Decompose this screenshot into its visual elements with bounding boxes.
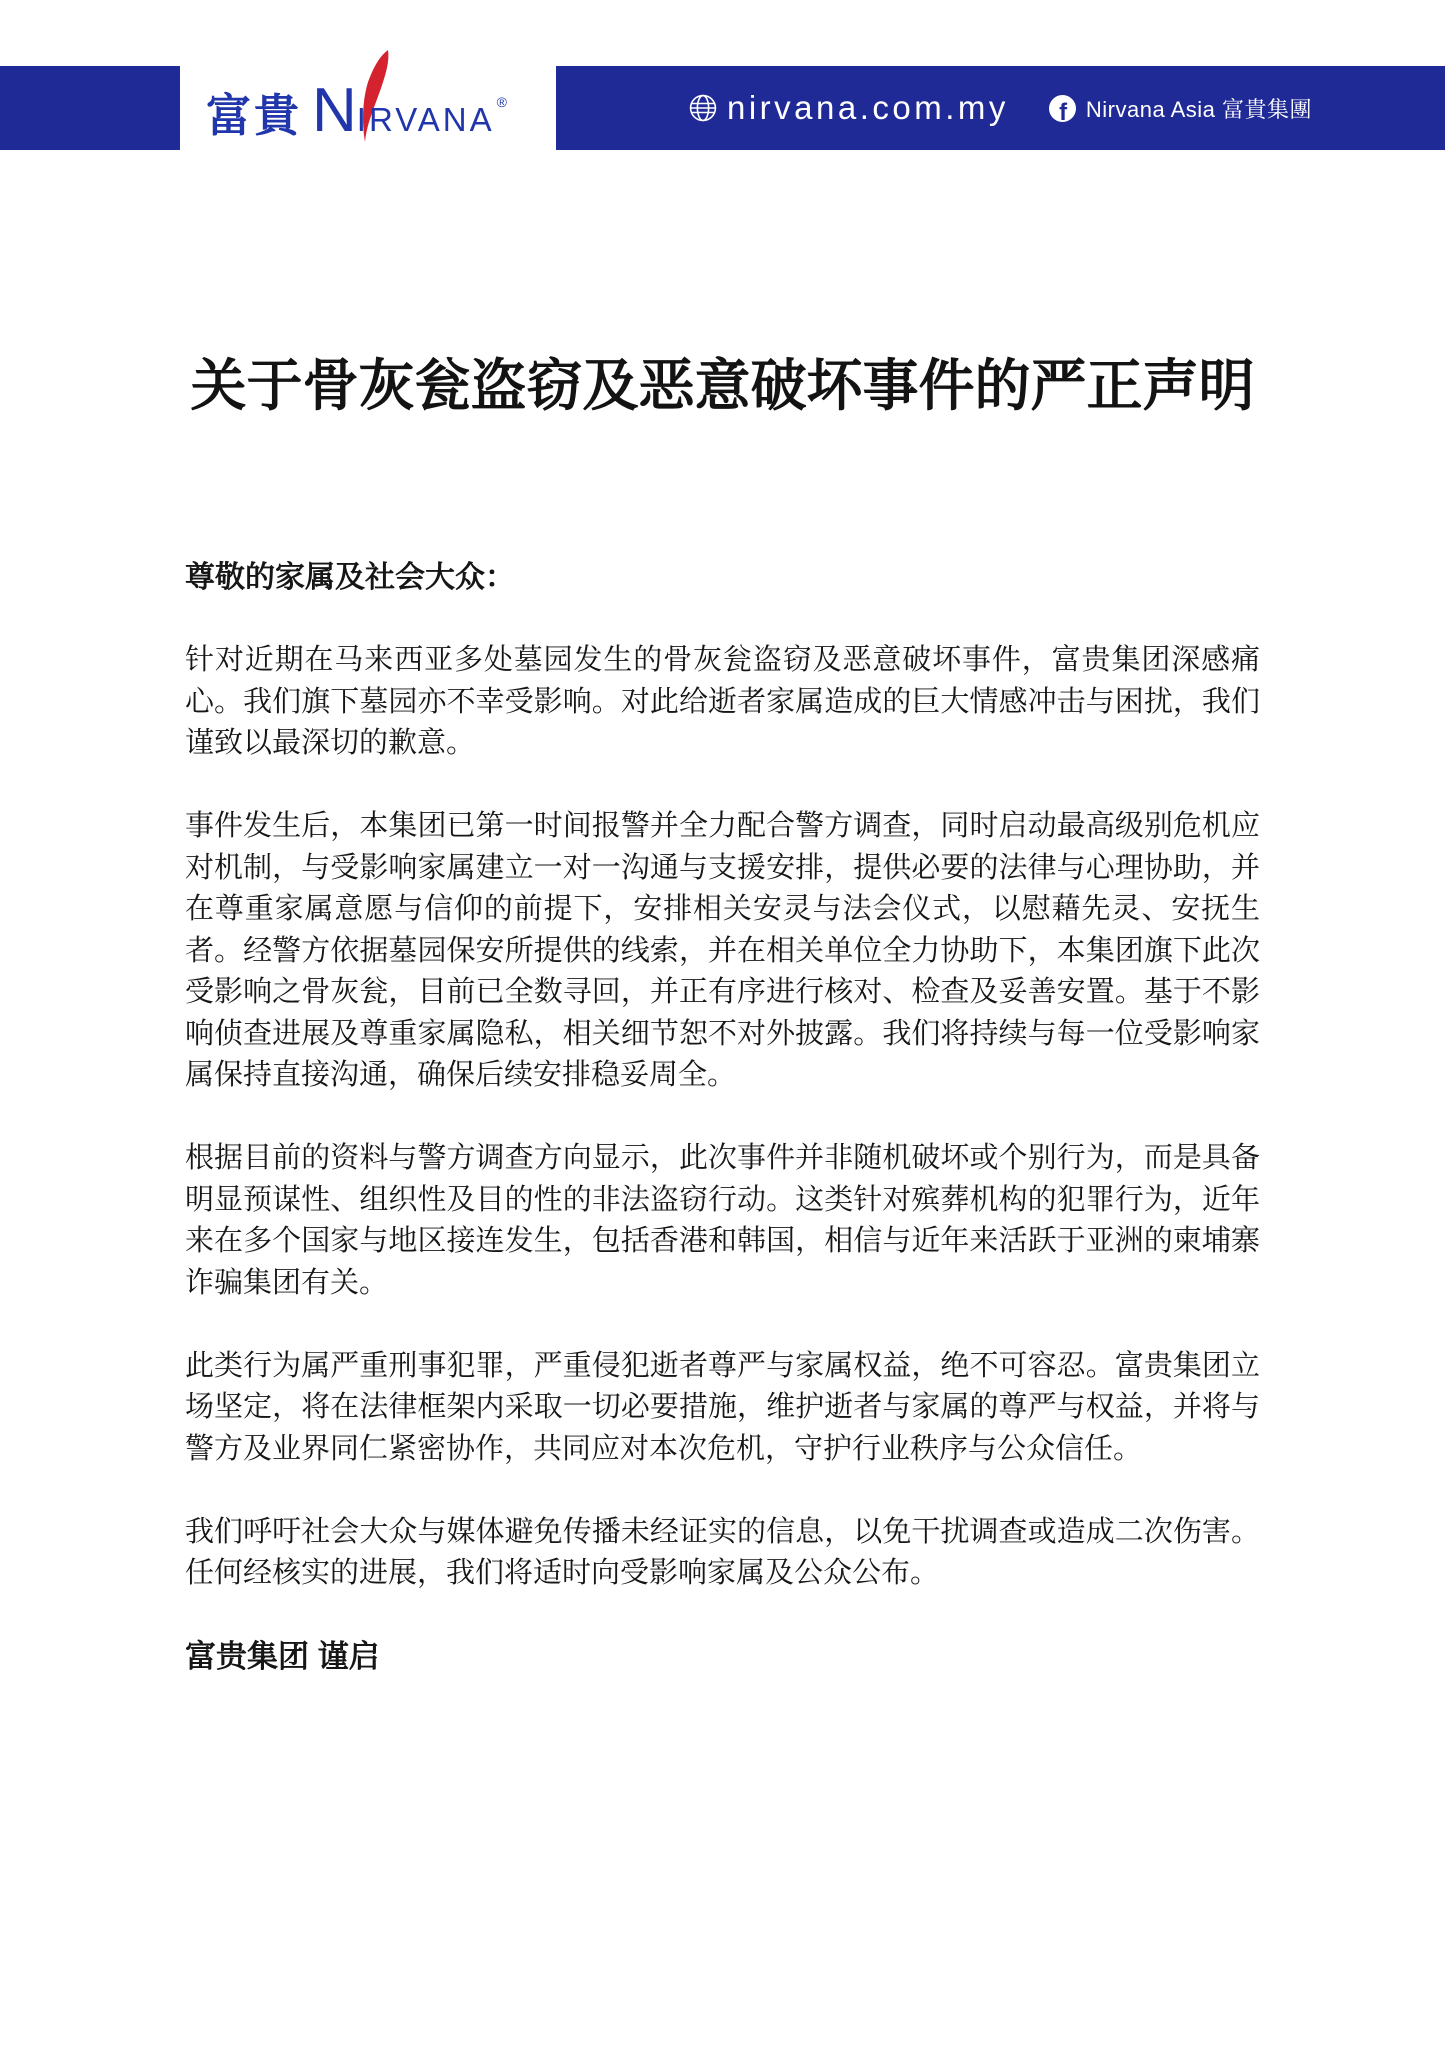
page-title: 关于骨灰瓮盗窃及恶意破坏事件的严正声明 <box>0 342 1445 422</box>
nirvana-logo: 富貴NIRVANA® <box>180 66 556 150</box>
paragraph-2: 事件发生后，本集团已第一时间报警并全力配合警方调查，同时启动最高级别危机应对机制… <box>185 806 1260 1097</box>
facebook-link[interactable]: f Nirvana Asia 富貴集團 <box>1049 93 1312 124</box>
statement-body: 尊敬的家属及社会大众： 针对近期在马来西亚多处墓园发生的骨灰瓮盗窃及恶意破坏事件… <box>185 557 1260 1678</box>
logo-cjk-text: 富貴 <box>206 90 302 141</box>
signature: 富贵集团 谨启 <box>185 1636 1260 1678</box>
logo-initial: N <box>312 76 357 145</box>
website-url: nirvana.com.my <box>727 89 1009 127</box>
logo-wordmark: IRVANA <box>357 101 495 138</box>
paragraph-5: 我们呼吁社会大众与媒体避免传播未经证实的信息，以免干扰调查或造成二次伤害。任何经… <box>185 1512 1260 1595</box>
paragraph-3: 根据目前的资料与警方调查方向显示，此次事件并非随机破坏或个别行为，而是具备明显预… <box>185 1138 1260 1304</box>
paragraph-4: 此类行为属严重刑事犯罪，严重侵犯逝者尊严与家属权益，绝不可容忍。富贵集团立场坚定… <box>185 1346 1260 1471</box>
statement-page: 富貴NIRVANA® nirvana.com.my f Nirvana Asia… <box>0 0 1445 2048</box>
facebook-icon: f <box>1049 95 1076 122</box>
facebook-page-name: Nirvana Asia 富貴集團 <box>1086 93 1312 124</box>
website-link[interactable]: nirvana.com.my <box>689 89 1009 127</box>
registered-mark-icon: ® <box>497 94 507 110</box>
header-contact-row: nirvana.com.my f Nirvana Asia 富貴集團 <box>556 66 1445 150</box>
salutation: 尊敬的家属及社会大众： <box>185 557 1260 599</box>
logo-lockup: 富貴NIRVANA® <box>206 75 507 146</box>
paragraph-1: 针对近期在马来西亚多处墓园发生的骨灰瓮盗窃及恶意破坏事件，富贵集团深感痛心。我们… <box>185 640 1260 765</box>
globe-icon <box>689 94 717 122</box>
